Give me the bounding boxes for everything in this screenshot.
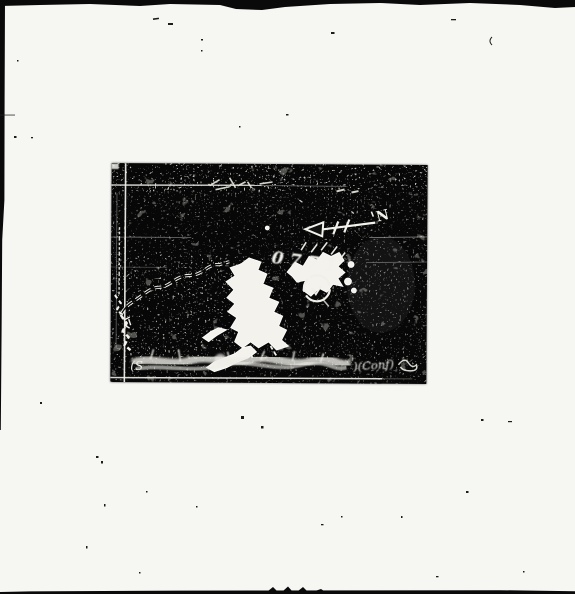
- scanned-page: N 0771 (S )(Conf): [0, 0, 575, 594]
- left-edge-hairline: [0, 115, 15, 116]
- caption-classification: )(Conf): [352, 357, 395, 374]
- film-grain: [110, 163, 427, 384]
- caption-start: (S: [130, 359, 144, 374]
- left-edge-band: [0, 0, 5, 430]
- top-edge-band: [0, 0, 575, 10]
- aerial-photo: N 0771 (S )(Conf): [110, 163, 427, 384]
- bottom-cutoff-marks: [268, 587, 324, 592]
- aerial-photo-canvas: N 0771 (S )(Conf): [110, 163, 427, 384]
